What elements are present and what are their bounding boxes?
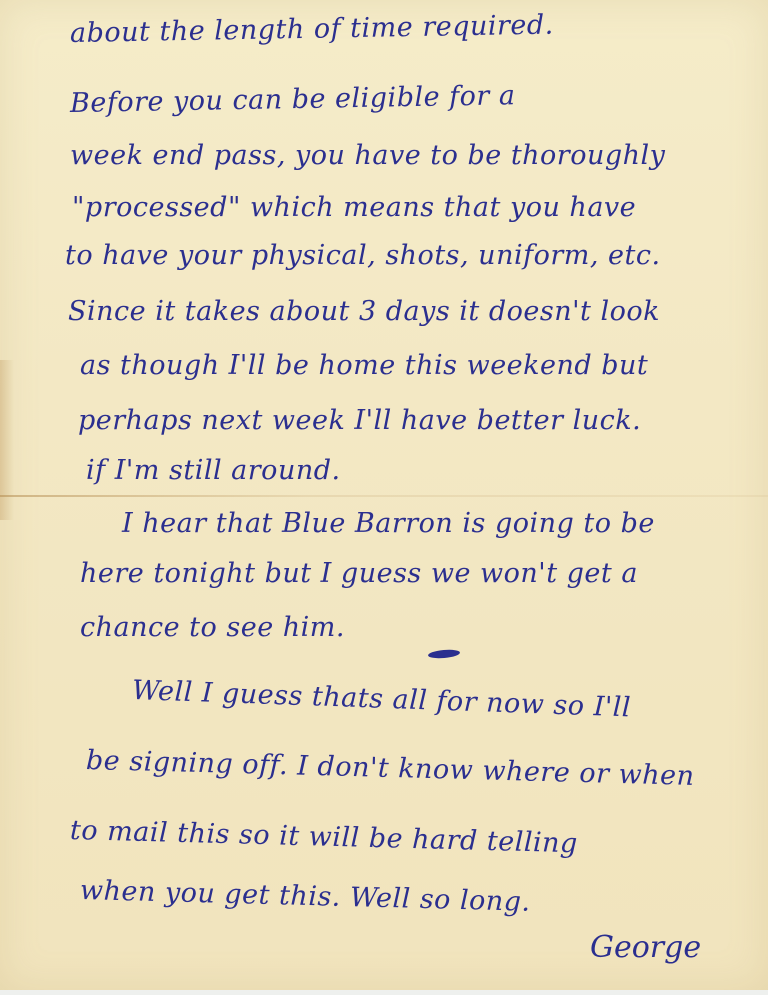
fold-crease: [0, 495, 768, 497]
letter-line: Well I guess thats all for now so I'll: [131, 675, 631, 723]
letter-line: here tonight but I guess we won't get a: [80, 558, 638, 589]
letter-line: Since it takes about 3 days it doesn't l…: [68, 296, 660, 327]
letter-line: "processed" which means that you have: [72, 192, 636, 223]
letter-line: as though I'll be home this weekend but: [80, 350, 648, 381]
letter-page: about the length of time required. Befor…: [0, 0, 768, 990]
letter-line: when you get this. Well so long.: [80, 875, 531, 918]
letter-line: Before you can be eligible for a: [70, 80, 516, 119]
letter-line: about the length of time required.: [70, 10, 554, 49]
letter-line: perhaps next week I'll have better luck.: [78, 405, 641, 436]
letter-line: be signing off. I don't know where or wh…: [86, 745, 695, 792]
letter-line: if I'm still around.: [86, 455, 341, 486]
letter-line: week end pass, you have to be thoroughly: [70, 140, 665, 171]
letter-line: to mail this so it will be hard telling: [70, 815, 579, 859]
letter-line: I hear that Blue Barron is going to be: [122, 508, 655, 539]
letter-line: to have your physical, shots, uniform, e…: [65, 240, 661, 271]
ink-blot: [428, 649, 461, 660]
signature: George: [590, 930, 701, 965]
letter-line: chance to see him.: [80, 612, 345, 643]
